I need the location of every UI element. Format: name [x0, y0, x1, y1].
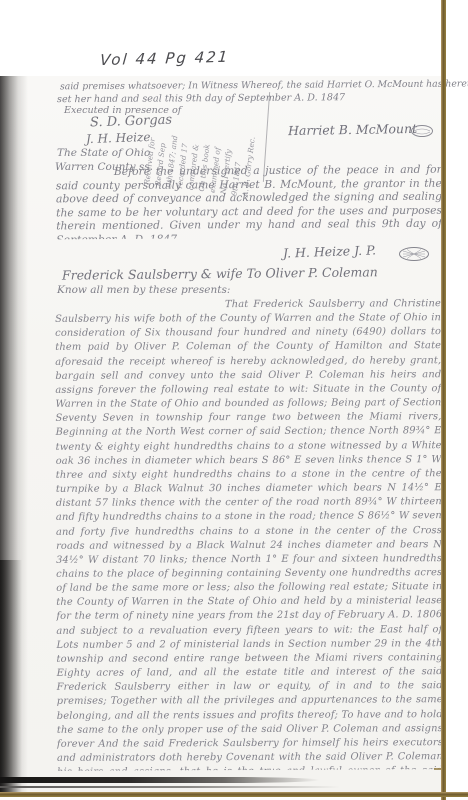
justice-seal-icon — [398, 246, 430, 262]
page-bottom-edge-heavy — [0, 777, 320, 783]
know-all-men-line: Know all men by these presents: — [57, 284, 230, 296]
frame-rule-bottom — [0, 792, 468, 797]
book-binding-shadow-lower — [0, 560, 22, 792]
acknowledgment-paragraph: Before the undersigned a justice of the … — [56, 163, 443, 240]
grantor-seal-icon — [410, 124, 434, 138]
witness-signature-2: J. H. Heize — [86, 130, 151, 146]
grantor-signature: Harriet B. McMount — [288, 121, 417, 138]
volume-page-label: Vol 44 Pg 421 — [99, 47, 260, 69]
scanned-deed-page: Vol 44 Pg 421 said premises whatsoever; … — [0, 0, 468, 800]
frame-rule-right — [441, 0, 446, 800]
deed-body-text: That Frederick Saulsberry and Christine … — [55, 297, 443, 771]
page-bottom-edge-thin — [0, 786, 340, 788]
state-of-ohio-caption: The State of Ohio — [57, 147, 150, 159]
